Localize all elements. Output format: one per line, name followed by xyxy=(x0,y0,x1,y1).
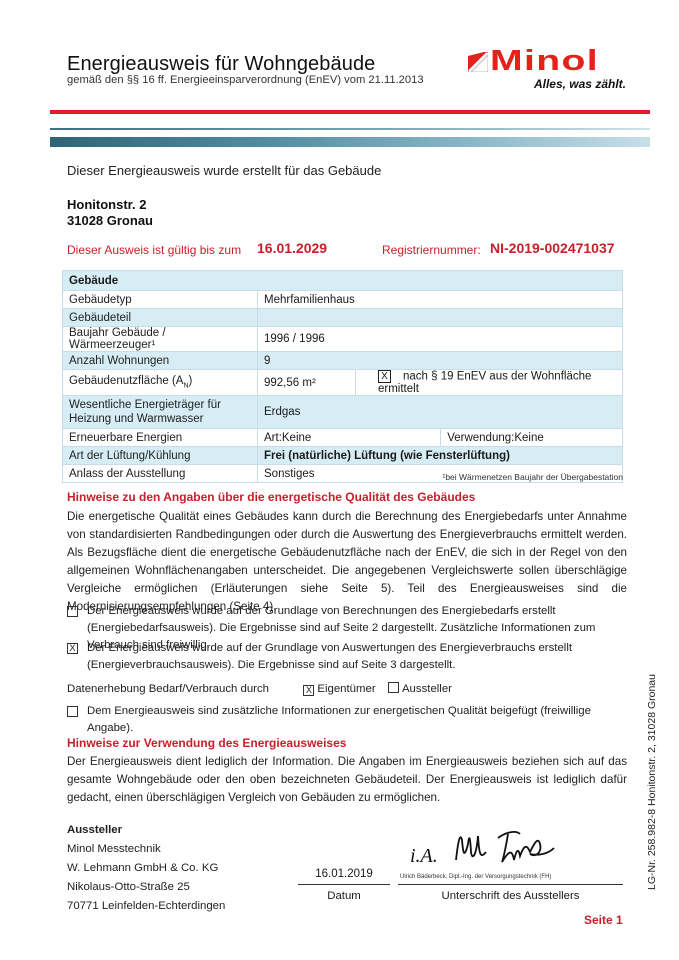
building-address: Honitonstr. 2 31028 Gronau xyxy=(67,197,153,229)
area-method-text: nach § 19 EnEV aus der Wohnfläche ermitt… xyxy=(378,371,591,395)
row-value: 992,56 m² xyxy=(258,370,356,396)
row-value: Mehrfamilienhaus xyxy=(258,291,623,309)
option-demand-checkbox[interactable] xyxy=(67,606,78,617)
quality-notes-heading: Hinweise zu den Angaben über die energet… xyxy=(67,490,475,504)
row-label: Erneuerbare Energien xyxy=(63,429,258,447)
option-consumption-text: Der Energieausweis wurde auf der Grundla… xyxy=(87,640,627,674)
table-row: Gebäudeteil xyxy=(63,309,623,327)
svg-text:i.A.: i.A. xyxy=(410,845,438,867)
validity-date: 16.01.2029 xyxy=(257,240,327,256)
address-street: Honitonstr. 2 xyxy=(67,197,153,213)
handwritten-signature: i.A. xyxy=(408,822,568,872)
usage-notes-text: Der Energieausweis dient lediglich der I… xyxy=(67,753,627,807)
signature-line xyxy=(398,884,623,885)
row-label: Art der Lüftung/Kühlung xyxy=(63,447,258,465)
option-consumption: X Der Energieausweis wurde auf der Grund… xyxy=(67,640,627,674)
table-footnote: ¹bei Wärmenetzen Baujahr der Übergabesta… xyxy=(443,472,624,482)
page-number: Seite 1 xyxy=(584,913,623,927)
address-city: 31028 Gronau xyxy=(67,213,153,229)
document-subtitle: gemäß den §§ 16 ff. Energieeinsparverord… xyxy=(67,74,424,86)
table-row: Anzahl Wohnungen 9 xyxy=(63,352,623,370)
row-value xyxy=(258,309,623,327)
registration-label: Registriernummer: xyxy=(382,243,481,257)
signer-name: Ulrich Bäderbeck, Dipl.-Ing. der Versorg… xyxy=(400,874,551,880)
table-row: Art der Lüftung/Kühlung Frei (natürliche… xyxy=(63,447,623,465)
option-additional-text: Dem Energieausweis sind zusätzliche Info… xyxy=(87,703,627,737)
table-row: Gebäudenutzfläche (AN) 992,56 m² Xnach §… xyxy=(63,370,623,396)
row-label: Baujahr Gebäude / Wärmeerzeuger¹ xyxy=(63,327,258,352)
validity-label: Dieser Ausweis ist gültig bis zum xyxy=(67,243,241,257)
option-additional: Dem Energieausweis sind zusätzliche Info… xyxy=(67,703,627,737)
signature-date: 16.01.2019 xyxy=(298,868,390,880)
building-table: Gebäude Gebäudetyp Mehrfamilienhaus Gebä… xyxy=(62,270,623,483)
row-label: Gebäudenutzfläche (AN) xyxy=(63,370,258,396)
option-additional-checkbox[interactable] xyxy=(67,706,78,717)
renewable-art: Art:Keine xyxy=(258,429,441,447)
table-row: Erneuerbare Energien Art:Keine Verwendun… xyxy=(63,429,623,447)
date-line xyxy=(298,884,390,885)
data-collection: Datenerhebung Bedarf/Verbrauch durch XEi… xyxy=(67,682,452,696)
header-rule-thick xyxy=(50,137,650,147)
issuer-heading: Aussteller xyxy=(67,821,225,840)
row-value: 1996 / 1996 xyxy=(258,327,623,352)
row-label: Anlass der Ausstellung xyxy=(63,465,258,483)
row-label: Anzahl Wohnungen xyxy=(63,352,258,370)
row-label: Gebäudeteil xyxy=(63,309,258,327)
logo-slogan: Alles, was zählt. xyxy=(534,77,626,91)
signature-label: Unterschrift des Ausstellers xyxy=(398,890,623,902)
issuer-line: 70771 Leinfelden-Echterdingen xyxy=(67,897,225,916)
minol-logo: Minol Alles, was zählt. xyxy=(468,50,628,90)
issuer-line: Minol Messtechnik xyxy=(67,840,225,859)
row-value: 9 xyxy=(258,352,623,370)
registration-number: NI-2019-002471037 xyxy=(490,240,615,256)
renewable-usage: Verwendung:Keine xyxy=(441,429,623,447)
issuer-checkbox[interactable] xyxy=(388,682,399,693)
usage-notes-heading: Hinweise zur Verwendung des Energieauswe… xyxy=(67,736,346,750)
owner-checkbox[interactable]: X xyxy=(303,685,314,696)
table-header: Gebäude xyxy=(63,271,623,291)
table-row: Baujahr Gebäude / Wärmeerzeuger¹ 1996 / … xyxy=(63,327,623,352)
logo-wordmark: Minol xyxy=(490,45,599,78)
side-reference: LG-Nr. 258.982-8 Honitonstr. 2, 31028 Gr… xyxy=(646,674,658,890)
issuer-block: Aussteller Minol Messtechnik W. Lehmann … xyxy=(67,821,225,916)
quality-notes-text: Die energetische Qualität eines Gebäudes… xyxy=(67,508,627,616)
header-rule-red xyxy=(50,110,650,114)
option-consumption-checkbox[interactable]: X xyxy=(67,643,78,654)
document-title: Energieausweis für Wohngebäude xyxy=(67,53,375,76)
table-row: Wesentliche Energieträger für Heizung un… xyxy=(63,396,623,429)
data-collection-label: Datenerhebung Bedarf/Verbrauch durch xyxy=(67,683,269,695)
minol-logo-icon xyxy=(468,52,488,72)
area-method-checkbox[interactable]: X xyxy=(378,370,391,383)
issuer-line: Nikolaus-Otto-Straße 25 xyxy=(67,878,225,897)
issuer-label: Aussteller xyxy=(402,683,452,695)
row-value: Frei (natürliche) Lüftung (wie Fensterlü… xyxy=(258,447,623,465)
row-label: Wesentliche Energieträger für Heizung un… xyxy=(63,396,258,429)
header-rule-thin xyxy=(50,128,650,130)
intro-text: Dieser Energieausweis wurde erstellt für… xyxy=(67,163,381,178)
row-value: Erdgas xyxy=(258,396,623,429)
area-method: Xnach § 19 EnEV aus der Wohnfläche ermit… xyxy=(356,370,623,396)
table-row: Gebäudetyp Mehrfamilienhaus xyxy=(63,291,623,309)
date-label: Datum xyxy=(298,890,390,902)
issuer-line: W. Lehmann GmbH & Co. KG xyxy=(67,859,225,878)
owner-label: Eigentümer xyxy=(317,683,375,695)
row-label: Gebäudetyp xyxy=(63,291,258,309)
